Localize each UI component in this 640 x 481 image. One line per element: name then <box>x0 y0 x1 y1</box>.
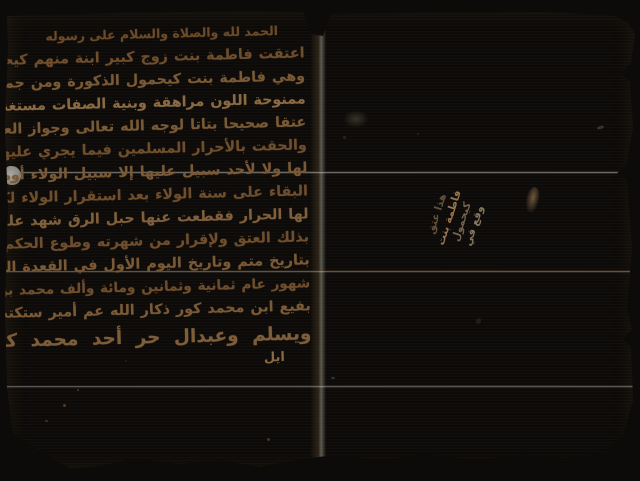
foxing-speck <box>343 136 346 139</box>
diagonal-note-line: فاطمة بنت <box>426 163 473 274</box>
diagonal-note-line: كيحمول <box>439 167 486 278</box>
foxing-speck <box>417 133 419 135</box>
center-fold <box>310 8 326 473</box>
ink-speck <box>475 317 482 325</box>
photo-background: الحمد لله والصلاة والسلام على رسوله اعتق… <box>0 0 640 481</box>
edge-tear-speck <box>597 125 605 130</box>
foxing-speck <box>267 438 270 441</box>
gray-stain <box>343 110 369 128</box>
foxing-speck <box>63 404 66 407</box>
manuscript-bifolium: الحمد لله والصلاة والسلام على رسوله اعتق… <box>5 8 636 473</box>
foxing-speck <box>77 389 79 391</box>
right-page-diagonal-note: هذا عتق فاطمة بنت كيحمول وقع في <box>388 188 518 276</box>
foxing-speck <box>125 360 127 362</box>
diagonal-note-line: وقع في <box>451 171 498 282</box>
tan-stain <box>523 186 541 214</box>
left-page-text: الحمد لله والصلاة والسلام على رسوله اعتق… <box>4 18 312 374</box>
foxing-speck <box>45 420 48 422</box>
diagonal-note-text: هذا عتق فاطمة بنت كيحمول وقع في <box>414 159 498 282</box>
diagonal-note-line: هذا عتق <box>414 159 461 270</box>
blue-mark <box>331 377 335 379</box>
